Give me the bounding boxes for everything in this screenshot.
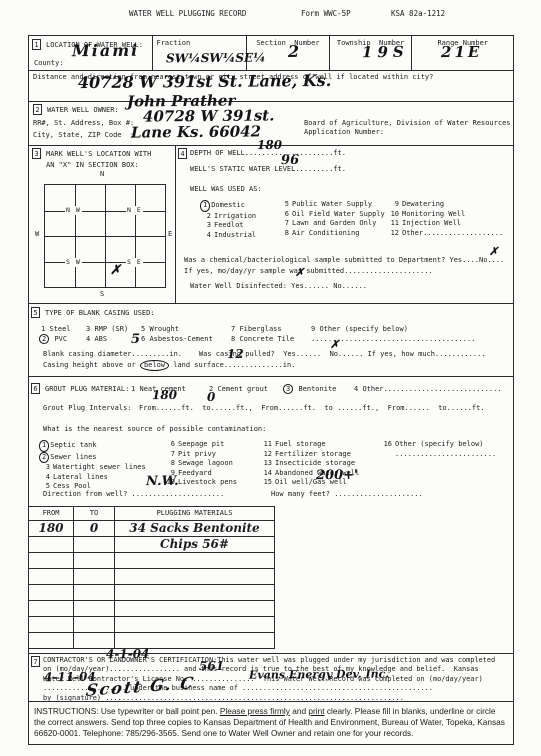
- contamination-question: What is the nearest source of possible c…: [43, 425, 266, 434]
- business-name-value: Evans Energy Dev. Inc.: [249, 667, 389, 681]
- table-header-from: FROM: [29, 507, 74, 521]
- use-option: 4Industrial: [200, 231, 256, 241]
- table-header-to: TO: [74, 507, 115, 521]
- grout-material-option: 3 Bentonite: [283, 385, 336, 395]
- compass-west-label: W: [35, 230, 39, 239]
- section-6-title: GROUT PLUG MATERIAL:: [45, 385, 129, 393]
- grout-intervals-label: Grout Plug Intervals:: [43, 404, 132, 413]
- disinfected-line: Water Well Disinfected: Yes...... No....…: [190, 282, 367, 291]
- source-option: 11Fuel storage: [261, 440, 359, 450]
- use-option: 5Public Water Supply: [278, 200, 385, 210]
- grout-interval-from-value: 180: [152, 388, 177, 402]
- source-option: 2Sewer lines: [39, 452, 146, 464]
- date-completed-value: 4-1-04: [106, 647, 149, 661]
- chem-sample-question: Was a chemical/bacteriological sample su…: [184, 256, 504, 265]
- table-header-materials: PLUGGING MATERIALS: [115, 507, 275, 521]
- source-option-other-blank: ........................: [381, 450, 496, 460]
- section-6-number-badge: 6: [31, 383, 40, 394]
- use-option: 11Injection Well: [388, 219, 503, 229]
- section-5-casing: 5TYPE OF BLANK CASING USED: 1 Steel 3 RM…: [29, 304, 513, 377]
- use-options-col1: 1Domestic 2Irrigation 3Feedlot 4Industri…: [200, 200, 256, 240]
- source-option: 1Septic tank: [39, 440, 146, 452]
- agency-name: Board of Agriculture, Division of Water …: [304, 119, 511, 128]
- section-2-number-badge: 2: [33, 104, 42, 115]
- feet-value: 200+': [316, 468, 358, 483]
- plugging-table: FROM TO PLUGGING MATERIALS 180034 Sacks …: [28, 506, 275, 649]
- owner-city-label: City, State, ZIP Code :: [33, 131, 134, 140]
- casing-height-line: Casing height above or below land surfac…: [43, 361, 295, 370]
- use-option: 2Irrigation: [200, 212, 256, 222]
- compass-south-label: S: [100, 290, 104, 299]
- use-option: 10Monitoring Well: [388, 210, 503, 220]
- use-options-col2: 5Public Water Supply 6Oil Field Water Su…: [278, 200, 385, 238]
- township-number-value: 19S: [362, 43, 409, 61]
- compass-east-label: E: [168, 230, 172, 239]
- section-3-location-box: 3MARK WELL'S LOCATION WITH AN "X" IN SEC…: [29, 146, 176, 303]
- plugging-table-zone: FROM TO PLUGGING MATERIALS 180034 Sacks …: [29, 506, 513, 653]
- casing-height-value: 12: [227, 347, 244, 361]
- use-option: 1Domestic: [200, 200, 256, 212]
- casing-diameter-value: 5: [131, 332, 140, 347]
- section-3-title-line2: AN "X" IN SECTION BOX:: [46, 161, 139, 169]
- grout-material-option: 2 Cement grout: [209, 385, 268, 395]
- static-level-value: 96: [281, 153, 299, 168]
- table-row: [29, 585, 275, 601]
- use-option: 7Lawn and Garden Only: [278, 219, 385, 229]
- sample-no-x-mark: ✗: [489, 245, 498, 258]
- compass-nw-label: N W: [65, 206, 82, 215]
- compass-sw-label: S W: [65, 258, 82, 267]
- source-option: 4Lateral lines: [39, 473, 146, 483]
- table-row: [29, 569, 275, 585]
- county-value: Miami: [72, 41, 139, 61]
- source-option: 16Other (specify below): [381, 440, 496, 450]
- section-5-number-badge: 5: [31, 307, 40, 318]
- table-row: 180034 Sacks Bentonite: [29, 521, 275, 537]
- disinfected-yes-x-mark: ✗: [295, 266, 304, 279]
- compass-se-label: S E: [126, 258, 143, 267]
- grout-material-option: 4 Other............................: [354, 385, 502, 395]
- section-1-number-badge: 1: [32, 39, 41, 50]
- table-row: [29, 553, 275, 569]
- fraction-value: SW¼SW¼SE¼: [166, 51, 266, 66]
- source-options-col4: 16Other (specify below) ................…: [381, 440, 496, 459]
- use-option: 8Air Conditioning: [278, 229, 385, 239]
- form-number: Form WWC-5P: [301, 9, 351, 18]
- section-grid: N W N E S W S E ✗: [44, 184, 166, 288]
- section-3-title-line1: MARK WELL'S LOCATION WITH: [46, 150, 151, 158]
- grout-intervals-line: From......ft. to......ft., From......ft.…: [139, 404, 485, 413]
- source-options-col1: 1Septic tank 2Sewer lines 3Watertight se…: [39, 440, 146, 492]
- casing-option: 1 Steel: [41, 325, 71, 335]
- section-4-number-badge: 4: [178, 148, 187, 159]
- section-3-4-row: 3MARK WELL'S LOCATION WITH AN "X" IN SEC…: [29, 146, 513, 304]
- static-water-level-line: WELL'S STATIC WATER LEVEL.........ft.: [190, 165, 346, 174]
- below-circled-word: below: [140, 360, 169, 371]
- table-row: [29, 601, 275, 617]
- casing-option: 3 RMP (SR): [86, 325, 128, 335]
- table-row: [29, 617, 275, 633]
- use-option: 9Dewatering: [388, 200, 503, 210]
- grout-interval-to-value: 0: [207, 390, 215, 404]
- use-option: 3Feedlot: [200, 221, 256, 231]
- table-row: [29, 633, 275, 649]
- instructions-text: INSTRUCTIONS: Use typewriter or ball poi…: [29, 701, 513, 744]
- license-number-value: 561: [199, 659, 224, 673]
- use-option: 12Other...................: [388, 229, 503, 239]
- owner-city-value: Lane Ks. 66042: [131, 122, 261, 141]
- casing-option: 7 Fiberglass: [231, 325, 282, 335]
- if-yes-line: If yes, mo/day/yr sample was submitted..…: [184, 267, 433, 276]
- range-number-value: 21E: [441, 43, 482, 61]
- source-option: 7Pit privy: [164, 450, 237, 460]
- casing-option: 2 PVC: [39, 335, 67, 345]
- compass-north-label: N: [100, 170, 104, 179]
- use-option: 6Oil Field Water Supply: [278, 210, 385, 220]
- section-3-number-badge: 3: [32, 148, 41, 159]
- application-number-label: Application Number:: [304, 128, 511, 137]
- section-4-well-info: 4 DEPTH OF WELL.....................ft. …: [176, 146, 513, 303]
- county-label: County:: [34, 59, 64, 67]
- statute-number: KSA 82a-1212: [391, 9, 445, 18]
- owner-label: WATER WELL OWNER:: [47, 106, 119, 114]
- casing-option: 4 ABS: [86, 335, 107, 345]
- distance-value: 40728 W 391st St. Lane, Ks.: [78, 71, 331, 92]
- casing-pulled-no-x-mark: ✗: [330, 338, 339, 351]
- section-7-number-badge: 7: [31, 656, 40, 667]
- section-6-grout: 6GROUT PLUG MATERIAL: 1 Neat cement 2 Ce…: [29, 377, 513, 506]
- table-row: Chips 56#: [29, 537, 275, 553]
- direction-value: N.W.: [146, 474, 179, 489]
- casing-option: 6 Asbestos-Cement: [141, 335, 213, 345]
- casing-diameter-line: Blank casing diameter.........in. Was ca…: [43, 350, 486, 359]
- source-option: 3Watertight sewer lines: [39, 463, 146, 473]
- source-option: 6Seepage pit: [164, 440, 237, 450]
- casing-option: 5 Wrought: [141, 325, 179, 335]
- source-option: 8Sewage lagoon: [164, 459, 237, 469]
- use-options-col3: 9Dewatering 10Monitoring Well 11Injectio…: [388, 200, 503, 238]
- section-5-title: TYPE OF BLANK CASING USED:: [45, 309, 155, 317]
- how-many-feet-label: How many feet? .....................: [271, 490, 423, 499]
- owner-address-label: RR#, St. Address, Box #:: [33, 119, 134, 128]
- source-option: 12Fertilizer storage: [261, 450, 359, 460]
- direction-from-well-label: Direction from well? ...................…: [43, 490, 224, 499]
- section-number-value: 2: [288, 42, 299, 61]
- casing-option: 9 Other (specify below): [311, 325, 408, 335]
- well-used-as-label: WELL WAS USED AS:: [190, 185, 262, 194]
- well-location-x-mark: ✗: [110, 266, 121, 275]
- depth-value: 180: [257, 138, 282, 152]
- fraction-label: Fraction: [157, 39, 191, 47]
- compass-ne-label: N E: [126, 206, 143, 215]
- casing-option: 8 Concrete Tile: [231, 335, 294, 345]
- water-well-plugging-record-scan: WATER WELL PLUGGING RECORD Form WWC-5P K…: [0, 0, 541, 756]
- form-title: WATER WELL PLUGGING RECORD: [129, 9, 246, 18]
